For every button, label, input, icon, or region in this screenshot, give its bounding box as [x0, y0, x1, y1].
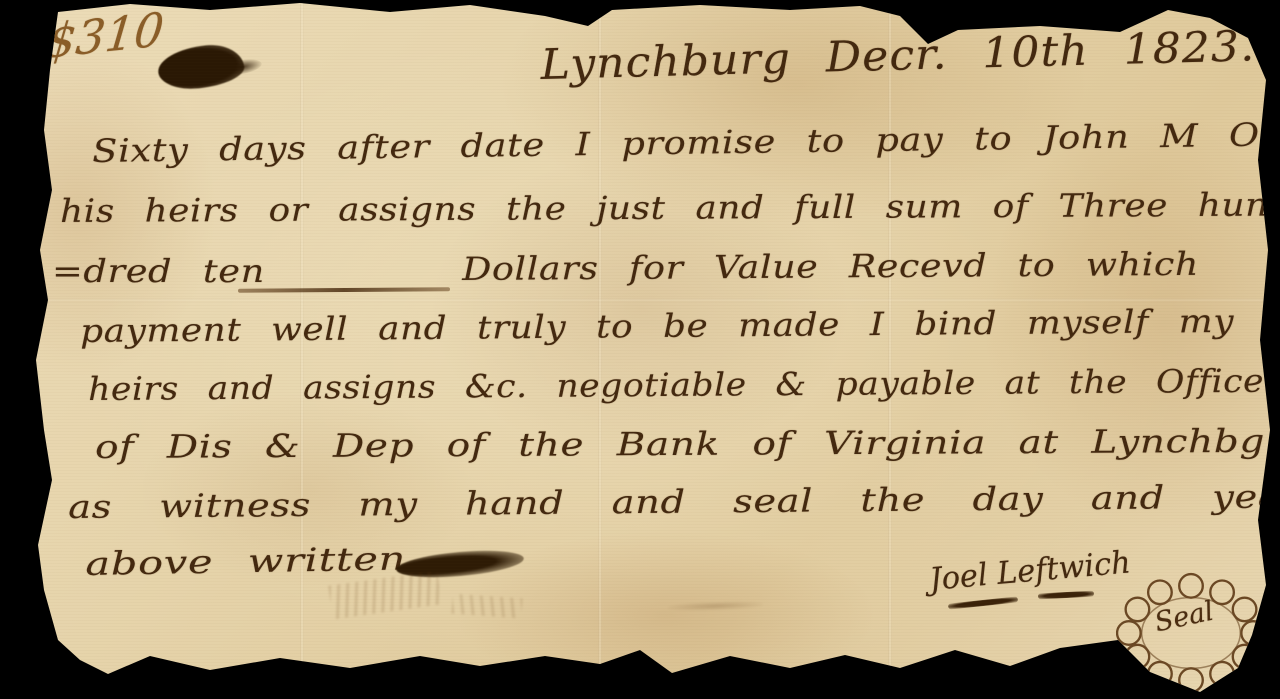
bleed-through-mark	[668, 600, 763, 611]
body-line-3-end: Dollars for Value Recevd to which	[462, 245, 1199, 288]
amount-notation: $310	[44, 2, 166, 69]
signature-flourish	[1038, 591, 1094, 600]
promissory-note-paper: $310 Lynchburg Decr. 10th 1823. Sixty da…	[0, 0, 1280, 699]
dateline: Lynchburg Decr. 10th 1823.	[540, 21, 1256, 89]
fold-crease-center	[598, 0, 602, 699]
fold-crease-horizontal	[0, 298, 1280, 302]
body-line-2: his heirs or assigns the just and full s…	[60, 186, 1280, 230]
body-line-7: as witness my hand and seal the day and …	[68, 477, 1280, 526]
body-line-1: Sixty days after date I promise to pay t…	[92, 115, 1280, 170]
fold-crease-right	[888, 0, 892, 699]
signature: Joel Leftwich	[928, 544, 1132, 597]
fold-crease-left	[300, 0, 304, 699]
blank-line-dash	[238, 287, 450, 292]
body-line-8: above written	[85, 539, 406, 583]
body-line-6: of Dis & Dep of the Bank of Virginia at …	[95, 422, 1265, 466]
body-line-5: heirs and assigns &c. negotiable & payab…	[88, 362, 1264, 408]
signature-flourish	[948, 596, 1018, 609]
scan-background: $310 Lynchburg Decr. 10th 1823. Sixty da…	[0, 0, 1280, 699]
body-line-3-start: =dred ten	[52, 252, 265, 290]
bleed-through-mark	[451, 594, 522, 619]
seal-icon	[1116, 572, 1266, 694]
body-line-4: payment well and truly to be made I bind…	[80, 302, 1234, 350]
